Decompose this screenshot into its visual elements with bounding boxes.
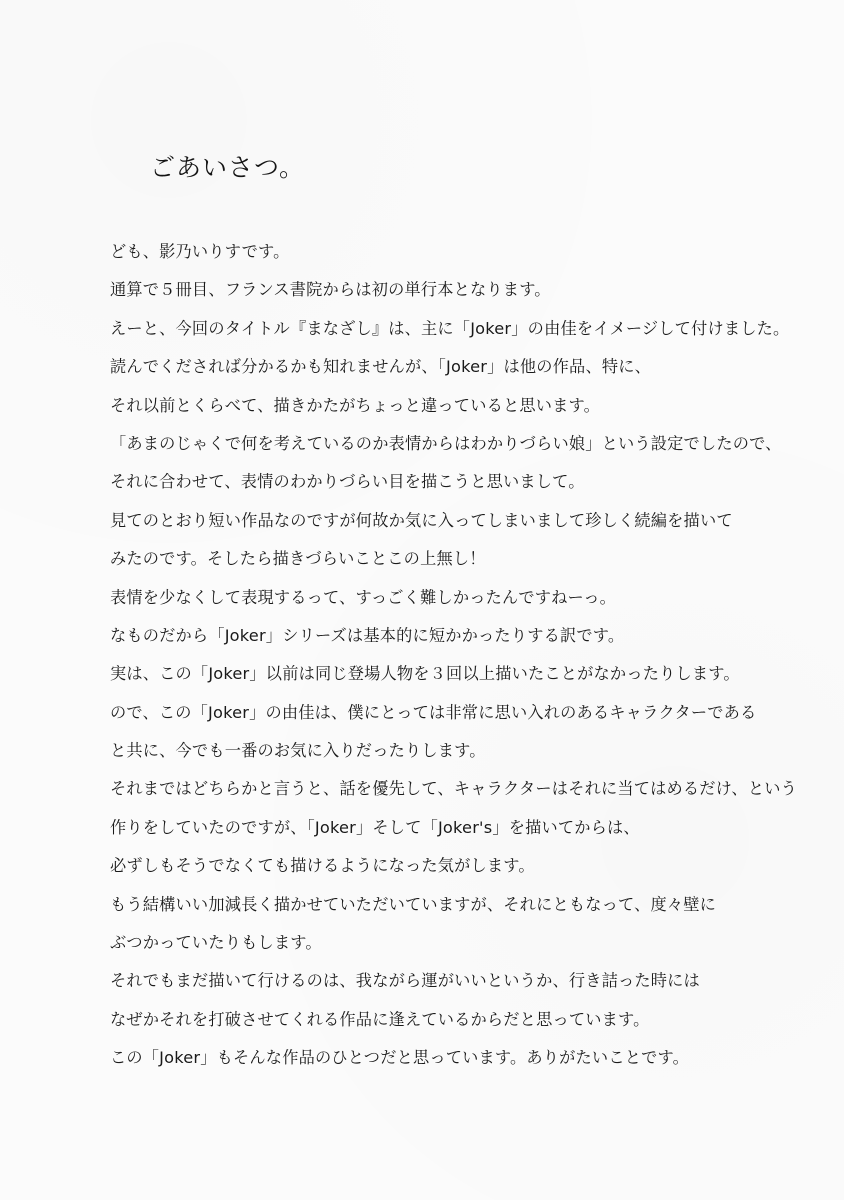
text-line: 見てのとおり短い作品なのですが何故か気に入ってしまいまして珍しく続編を描いて [110,502,750,540]
text-line: みたのです。そしたら描きづらいことこの上無し！ [110,540,750,578]
text-line: もう結構いい加減長く描かせていただいていますが、それにともなって、度々壁に [110,886,750,924]
text-line: ので、この「Joker」の由佳は、僕にとっては非常に思い入れのあるキャラクターで… [110,694,750,732]
text-line: と共に、今でも一番のお気に入りだったりします。 [110,732,750,770]
text-line: なものだから「Joker」シリーズは基本的に短かかったりする訳です。 [110,617,750,655]
text-line: それでもまだ描いて行けるのは、我ながら運がいいというか、行き詰った時には [110,962,750,1000]
text-line: それまではどちらかと言うと、話を優先して、キャラクターはそれに当てはめるだけ、と… [110,770,750,808]
text-line: それ以前とくらべて、描きかたがちょっと違っていると思います。 [110,387,750,425]
afterword-body: ども、影乃いりすです。 通算で５冊目、フランス書院からは初の単行本となります。 … [110,233,750,1078]
text-line: ども、影乃いりすです。 [110,233,750,271]
text-line: なぜかそれを打破させてくれる作品に逢えているからだと思っています。 [110,1001,750,1039]
text-line: 読んでくだされば分かるかも知れませんが、「Joker」は他の作品、特に、 [110,348,750,386]
text-line: えーと、今回のタイトル『まなざし』は、主に「Joker」の由佳をイメージして付け… [110,310,750,348]
greeting-title: ごあいさつ。 [150,148,305,184]
text-line: 必ずしもそうでなくても描けるようになった気がします。 [110,847,750,885]
manga-afterword-page: ごあいさつ。 ども、影乃いりすです。 通算で５冊目、フランス書院からは初の単行本… [0,0,844,1200]
text-line: 通算で５冊目、フランス書院からは初の単行本となります。 [110,271,750,309]
text-line: 「あまのじゃくで何を考えているのか表情からはわかりづらい娘」という設定でしたので… [110,425,750,463]
text-line: それに合わせて、表情のわかりづらい目を描こうと思いまして。 [110,463,750,501]
text-line: この「Joker」もそんな作品のひとつだと思っています。ありがたいことです。 [110,1039,750,1077]
text-line: 表情を少なくして表現するって、すっごく難しかったんですねーっ。 [110,579,750,617]
text-line: 作りをしていたのですが、「Joker」そして「Joker's」を描いてからは、 [110,809,750,847]
text-line: 実は、この「Joker」以前は同じ登場人物を３回以上描いたことがなかったりします… [110,655,750,693]
text-line: ぶつかっていたりもします。 [110,924,750,962]
